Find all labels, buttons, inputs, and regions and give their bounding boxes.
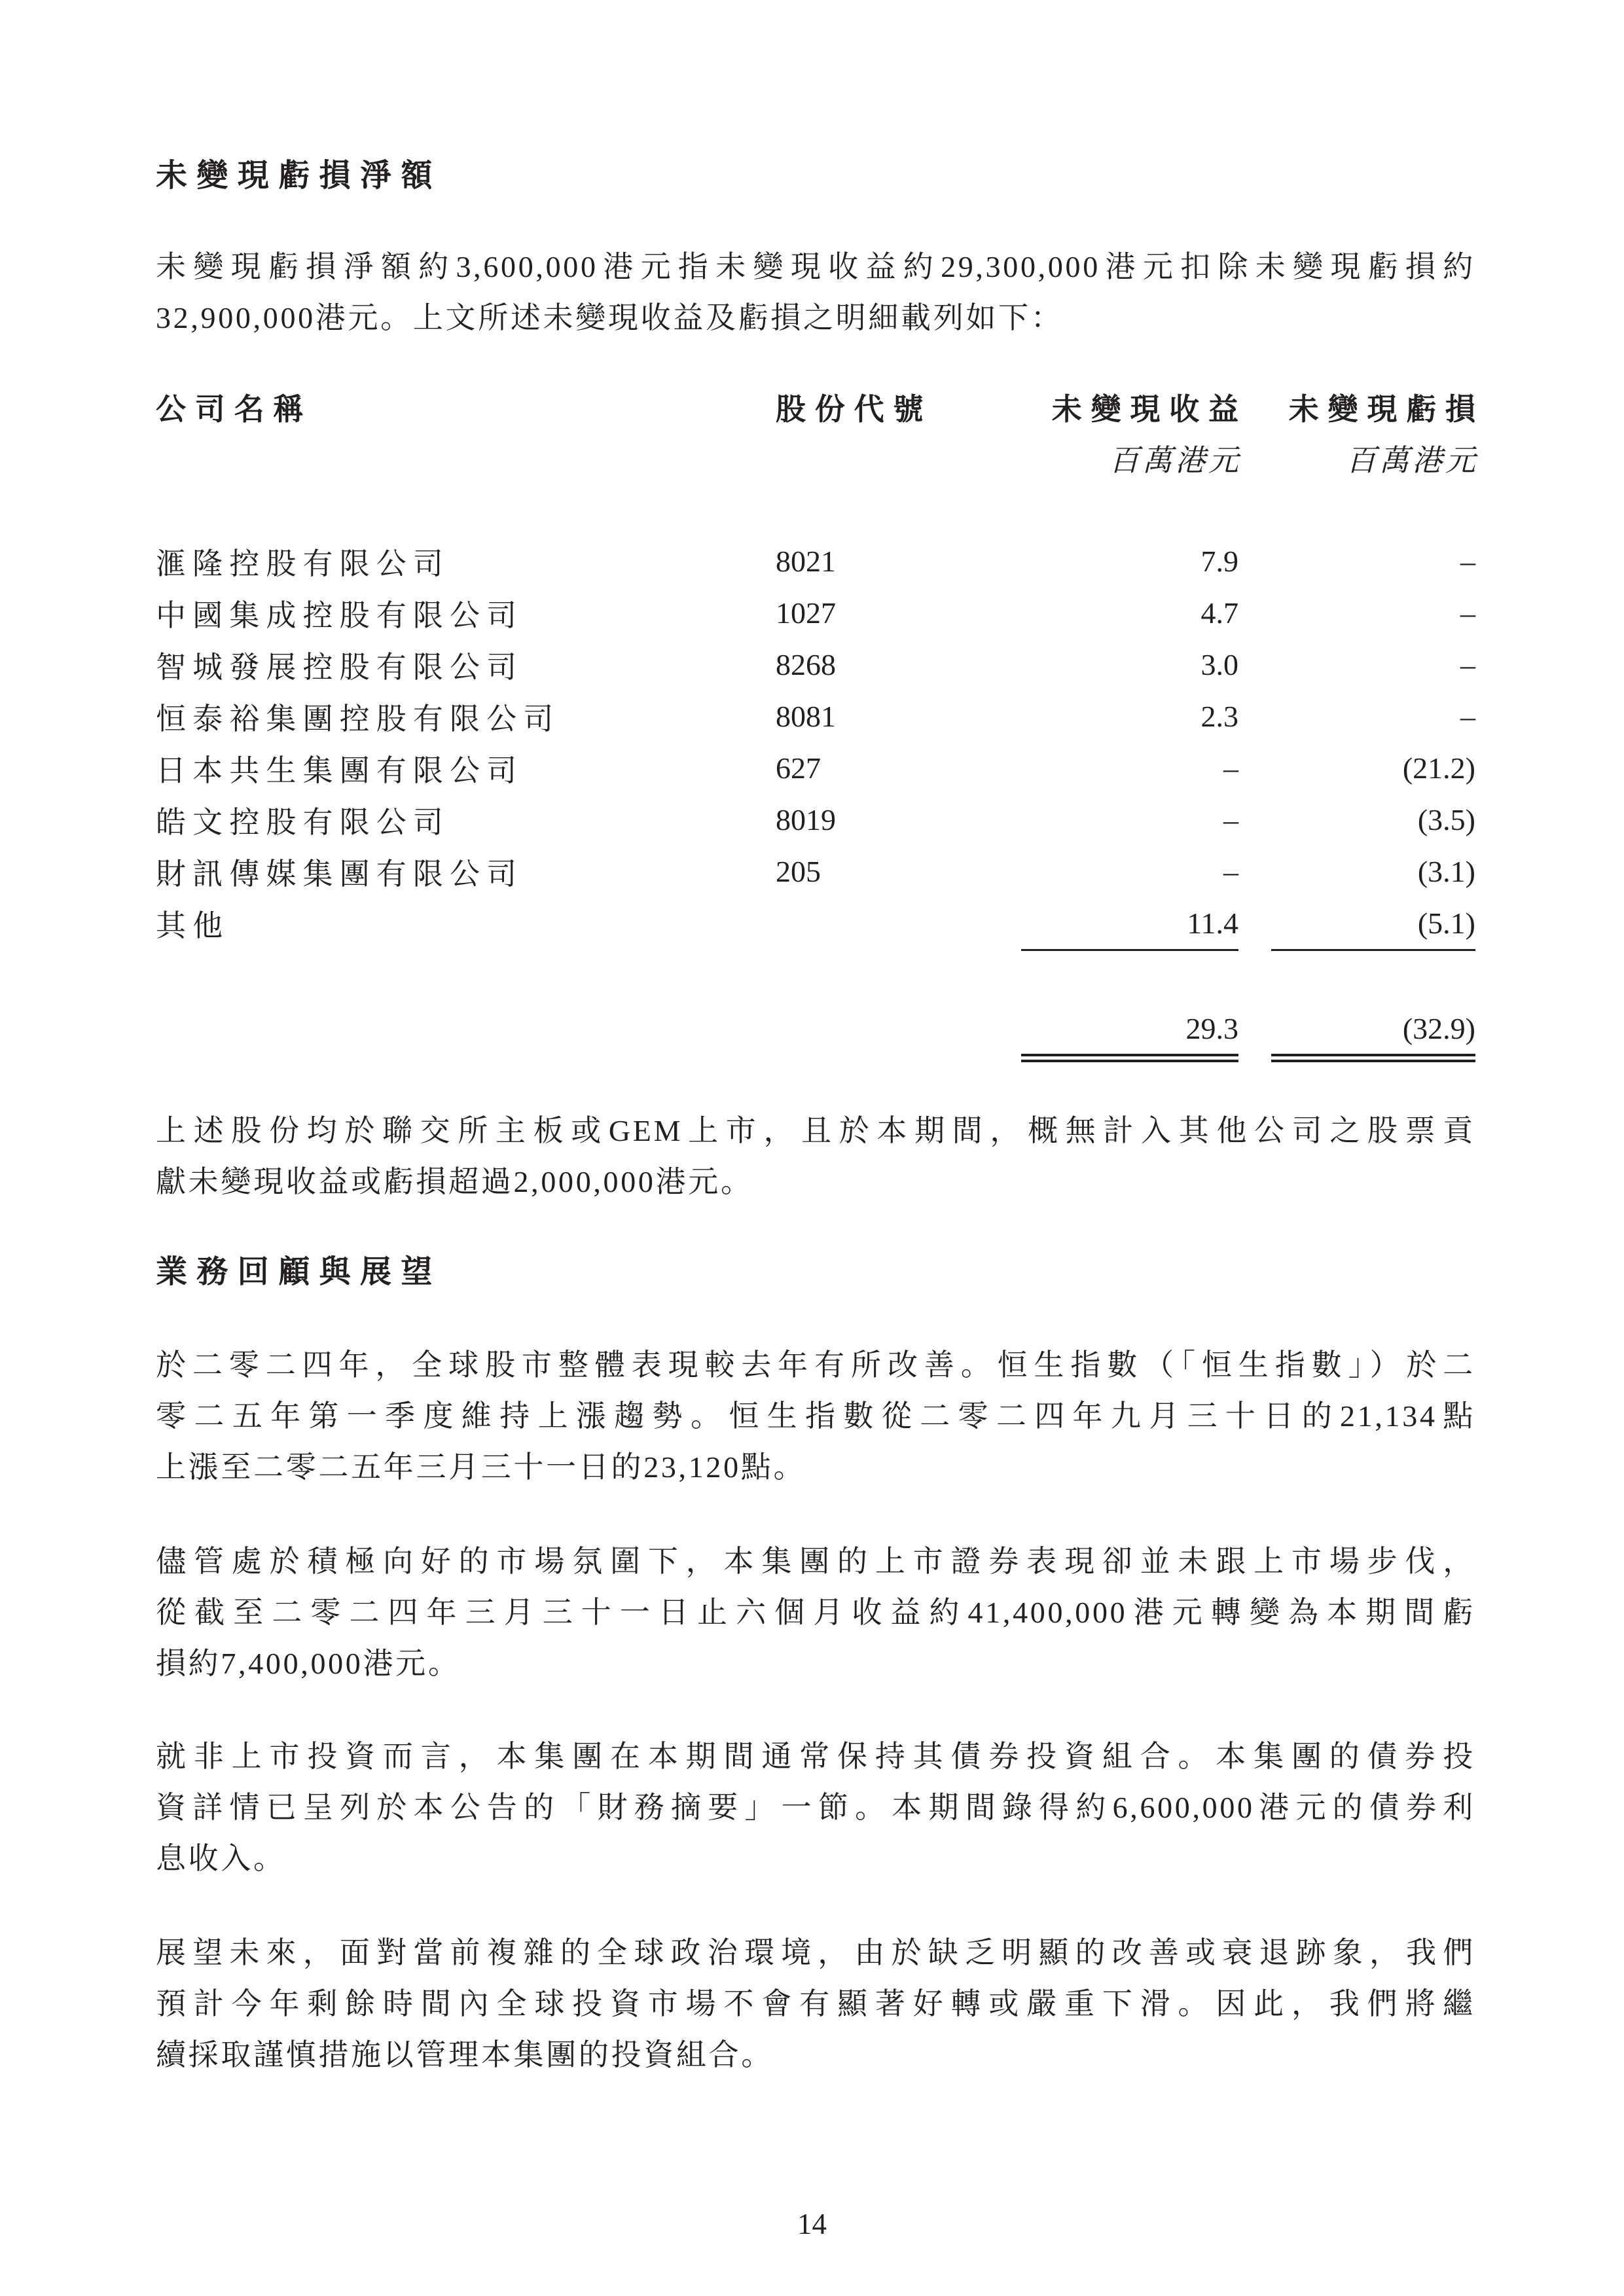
company-cell: 智城發展控股有限公司 [156, 639, 776, 691]
table-units-row: 百萬港元 百萬港元 [156, 433, 1475, 484]
loss-cell: – [1271, 691, 1475, 742]
code-cell: 627 [776, 742, 1021, 794]
paragraph-line: 息收入。 [156, 1833, 1475, 1884]
paragraph: 就非上市投資而言，本集團在本期間通常保持其債券投資組合。本集團的債券投 資詳情已… [156, 1731, 1475, 1884]
table-row: 財訊傳媒集團有限公司 205 – (3.1) [156, 846, 1475, 897]
table-total-row: 29.3 (32.9) [156, 990, 1475, 1058]
code-cell: 8021 [776, 535, 1021, 587]
table-row: 日本共生集團有限公司 627 – (21.2) [156, 742, 1475, 794]
table-spacer-row [156, 950, 1475, 991]
unit-label-gain: 百萬港元 [1021, 433, 1238, 484]
col-header-code: 股份代號 [776, 382, 1021, 433]
code-cell: 8268 [776, 639, 1021, 691]
paragraph-line: 預計今年剩餘時間內全球投資市場不會有顯著好轉或嚴重下滑。因此，我們將繼 [156, 1979, 1475, 2030]
paragraph-line: 從截至二零二四年三月三十一日止六個月收益約41,400,000港元轉變為本期間虧 [156, 1587, 1475, 1638]
company-cell: 恒泰裕集團控股有限公司 [156, 691, 776, 742]
company-cell: 其他 [156, 897, 776, 950]
paragraph-line: 儘管處於積極向好的市場氛圍下，本集團的上市證券表現卻並未跟上市場步伐， [156, 1536, 1475, 1587]
total-loss: (32.9) [1271, 990, 1475, 1058]
paragraph: 儘管處於積極向好的市場氛圍下，本集團的上市證券表現卻並未跟上市場步伐， 從截至二… [156, 1536, 1475, 1689]
gain-cell: 11.4 [1021, 897, 1238, 950]
table-row-others: 其他 11.4 (5.1) [156, 897, 1475, 950]
company-cell: 滙隆控股有限公司 [156, 535, 776, 587]
paragraph-line: 上漲至二零二五年三月三十一日的23,120點。 [156, 1442, 1475, 1493]
intro-paragraph: 未變現虧損淨額約3,600,000港元指未變現收益約29,300,000港元扣除… [156, 242, 1475, 344]
code-cell [776, 897, 1021, 950]
table-row: 皓文控股有限公司 8019 – (3.5) [156, 794, 1475, 846]
col-header-loss: 未變現虧損 [1271, 382, 1475, 433]
company-cell: 皓文控股有限公司 [156, 794, 776, 846]
gain-cell: – [1021, 742, 1238, 794]
paragraph-line: 上述股份均於聯交所主板或GEM上市，且於本期間，概無計入其他公司之股票貢 [156, 1105, 1475, 1157]
paragraph-line: 零二五年第一季度維持上漲趨勢。恒生指數從二零二四年九月三十日的21,134點 [156, 1391, 1475, 1442]
code-cell: 8019 [776, 794, 1021, 846]
paragraph: 展望未來，面對當前複雜的全球政治環境，由於缺乏明顯的改善或衰退跡象，我們 預計今… [156, 1928, 1475, 2081]
company-cell: 日本共生集團有限公司 [156, 742, 776, 794]
table-header-row: 公司名稱 股份代號 未變現收益 未變現虧損 [156, 382, 1475, 433]
paragraph-line: 32,900,000港元。上文所述未變現收益及虧損之明細載列如下： [156, 293, 1475, 344]
paragraph-line: 續採取謹慎措施以管理本集團的投資組合。 [156, 2030, 1475, 2081]
unrealized-gains-losses-table: 公司名稱 股份代號 未變現收益 未變現虧損 百萬港元 百萬港元 滙隆控股有限公司 [156, 382, 1475, 1062]
code-cell: 205 [776, 846, 1021, 897]
paragraph-line: 損約7,400,000港元。 [156, 1638, 1475, 1689]
paragraph-line: 於二零二四年，全球股市整體表現較去年有所改善。恒生指數（「恒生指數」）於二 [156, 1340, 1475, 1391]
table-spacer-row [156, 484, 1475, 535]
note-paragraph: 上述股份均於聯交所主板或GEM上市，且於本期間，概無計入其他公司之股票貢 獻未變… [156, 1105, 1475, 1208]
total-gain: 29.3 [1021, 990, 1238, 1058]
gain-cell: 2.3 [1021, 691, 1238, 742]
loss-cell: – [1271, 587, 1475, 639]
table-row: 滙隆控股有限公司 8021 7.9 – [156, 535, 1475, 587]
col-header-gain: 未變現收益 [1021, 382, 1238, 433]
page-content: 未變現虧損淨額 未變現虧損淨額約3,600,000港元指未變現收益約29,300… [156, 151, 1475, 2081]
company-cell: 中國集成控股有限公司 [156, 587, 776, 639]
loss-cell: (21.2) [1271, 742, 1475, 794]
company-cell: 財訊傳媒集團有限公司 [156, 846, 776, 897]
code-cell: 1027 [776, 587, 1021, 639]
gain-cell: 7.9 [1021, 535, 1238, 587]
paragraph-line: 未變現虧損淨額約3,600,000港元指未變現收益約29,300,000港元扣除… [156, 242, 1475, 293]
unit-label-loss: 百萬港元 [1271, 433, 1475, 484]
gain-cell: 3.0 [1021, 639, 1238, 691]
col-header-company: 公司名稱 [156, 382, 776, 433]
paragraph-line: 就非上市投資而言，本集團在本期間通常保持其債券投資組合。本集團的債券投 [156, 1731, 1475, 1782]
section-title-business-review: 業務回顧與展望 [156, 1247, 1475, 1298]
loss-cell: (3.5) [1271, 794, 1475, 846]
loss-cell: – [1271, 535, 1475, 587]
loss-cell: – [1271, 639, 1475, 691]
gain-cell: – [1021, 794, 1238, 846]
page: 未變現虧損淨額 未變現虧損淨額約3,600,000港元指未變現收益約29,300… [0, 0, 1624, 2296]
loss-cell: (3.1) [1271, 846, 1475, 897]
code-cell: 8081 [776, 691, 1021, 742]
table-row: 中國集成控股有限公司 1027 4.7 – [156, 587, 1475, 639]
gain-cell: 4.7 [1021, 587, 1238, 639]
table-row: 智城發展控股有限公司 8268 3.0 – [156, 639, 1475, 691]
paragraph-line: 資詳情已呈列於本公告的「財務摘要」一節。本期間錄得約6,600,000港元的債券… [156, 1782, 1475, 1833]
paragraph-line: 獻未變現收益或虧損超過2,000,000港元。 [156, 1157, 1475, 1208]
table-row: 恒泰裕集團控股有限公司 8081 2.3 – [156, 691, 1475, 742]
page-number: 14 [0, 2204, 1624, 2244]
paragraph: 於二零二四年，全球股市整體表現較去年有所改善。恒生指數（「恒生指數」）於二 零二… [156, 1340, 1475, 1493]
loss-cell: (5.1) [1271, 897, 1475, 950]
paragraph-line: 展望未來，面對當前複雜的全球政治環境，由於缺乏明顯的改善或衰退跡象，我們 [156, 1928, 1475, 1979]
gain-cell: – [1021, 846, 1238, 897]
section-title-net-unrealized-loss: 未變現虧損淨額 [156, 151, 1475, 202]
